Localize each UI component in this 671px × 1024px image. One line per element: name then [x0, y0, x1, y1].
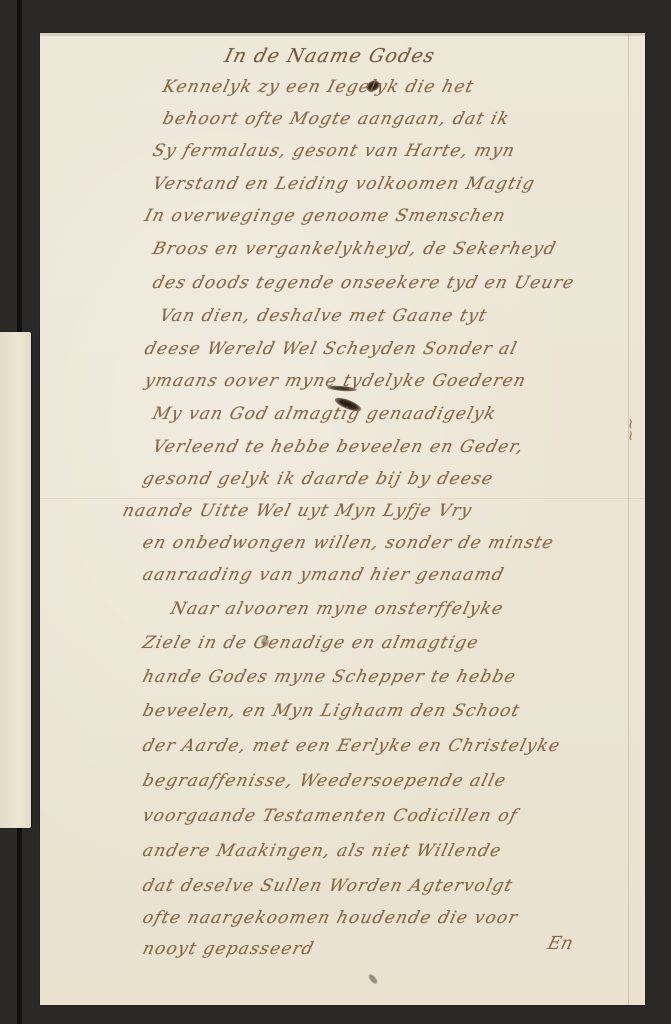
text-line: Broos en vergankelykheyd, de Sekerheyd [151, 239, 559, 259]
text-line: beveelen, en Myn Lighaam den Schoot [141, 701, 523, 721]
text-line: ymaans oover myne tydelyke Goederen [143, 371, 529, 391]
text-line: naande Uitte Wel uyt Myn Lyfje Vry [121, 501, 475, 521]
page-top-edge [40, 33, 645, 36]
text-line: begraaffenisse, Weedersoepende alle [141, 771, 509, 791]
back-sheet [0, 332, 31, 828]
text-line: ofte naargekoomen houdende die voor [141, 908, 521, 928]
text-line: voorgaande Testamenten Codicillen of [141, 806, 520, 826]
text-line: nooyt gepasseerd [141, 939, 317, 959]
text-line: Verstand en Leiding volkoomen Magtig [151, 174, 538, 194]
text-line: gesond gelyk ik daarde bij by deese [141, 469, 496, 489]
text-line: My van God almagtig genaadigelyk [151, 404, 499, 424]
text-line: behoort ofte Mogte aangaan, dat ik [161, 109, 512, 129]
text-line: der Aarde, met een Eerlyke en Christelyk… [141, 736, 563, 756]
text-line: Van dien, deshalve met Gaane tyt [158, 306, 490, 326]
text-line: des doods tegende onseekere tyd en Ueure [151, 273, 577, 293]
text-line: en onbedwongen willen, sonder de minste [141, 533, 557, 553]
manuscript-page: In de Naame Godes Kennelyk zy een Iegely… [40, 33, 645, 1005]
text-line: andere Maakingen, als niet Willende [141, 841, 505, 861]
text-line: dat deselve Sullen Worden Agtervolgt [141, 876, 516, 896]
text-line: hande Godes myne Schepper te hebbe [141, 667, 519, 687]
text-line: Naar alvooren myne onsterffelyke [169, 599, 506, 619]
text-line: In overweginge genoome Smenschen [143, 206, 509, 226]
page-fold-line [628, 33, 629, 1005]
margin-flourish: ~~ [624, 418, 638, 488]
page-fold-horizontal [40, 498, 645, 499]
text-line: Ziele in de Genadige en almagtige [141, 633, 482, 653]
text-line: Kennelyk zy een Iegelyk die het [161, 77, 477, 97]
text-line: Sy fermalaus, gesont van Harte, myn [151, 141, 518, 161]
text-line: deese Wereld Wel Scheyden Sonder al [143, 339, 520, 359]
catchword: En [545, 933, 575, 954]
ink-stain [367, 972, 379, 985]
heading: In de Naame Godes [222, 45, 437, 67]
text-line: aanraading van ymand hier genaamd [141, 565, 507, 585]
text-line: Verleend te hebbe beveelen en Geder, [151, 437, 527, 457]
